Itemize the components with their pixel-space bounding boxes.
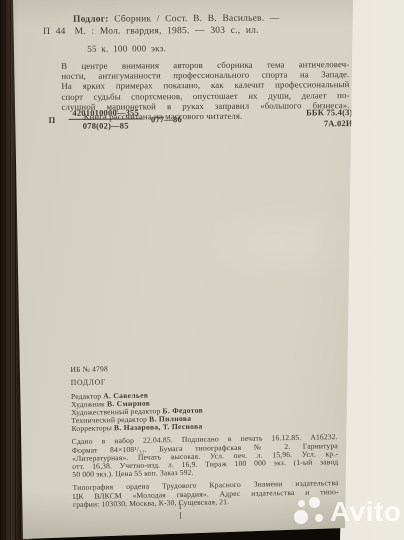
ib-number: ИБ № 4798 [70, 361, 336, 374]
page-number: 1 [178, 502, 182, 519]
index-spacer [182, 118, 306, 119]
imprint-page: Подлог: Сборник / Сост. В. В. Васильев. … [0, 0, 404, 540]
credit-name: В. Назарова, Т. Песнова [114, 422, 203, 433]
print-info: Сдано в набор 22.04.85. Подписано в печа… [72, 434, 339, 480]
catalog-card-line2: П 44М. : Мол. гвардия, 1985. — 303 с., и… [43, 25, 327, 38]
imprint-block: ИБ № 4798 ПОДЛОГ РедакторА. Савельев Худ… [70, 361, 339, 509]
catalog-index-prefix: П 44 [43, 26, 66, 36]
credit-role: Корректоры [71, 424, 112, 434]
index-fraction-numerator: 4201010000—355 [68, 107, 143, 119]
book-title-inline: Подлог: [73, 15, 109, 25]
avito-wordmark: Avito [330, 497, 401, 527]
book-page-photo: Подлог: Сборник / Сост. В. В. Васильев. … [0, 0, 404, 540]
index-fraction-denominator: 078(02)—85 [68, 119, 143, 130]
index-code: 077—86 [151, 114, 182, 124]
book-title-caps: ПОДЛОГ [71, 374, 337, 387]
index-fraction: 4201010000—355 078(02)—85 [68, 107, 143, 130]
catalog-card: Подлог: Сборник / Сост. В. В. Васильев. … [43, 13, 327, 38]
catalog-card-title-rest: Сборник / Сост. В. В. Васильев. — [114, 14, 279, 25]
index-letter: П [49, 114, 56, 124]
avito-watermark: Avito [294, 496, 401, 528]
credits-list: РедакторА. Савельев ХудожникВ. Смирнов Х… [71, 389, 338, 434]
bbk-line2: 7А.02И [306, 118, 353, 129]
price-line: 55 к. 100 000 экз. [87, 43, 166, 53]
publication-info: М. : Мол. гвардия, 1985. — 303 с., ил. [75, 25, 259, 36]
catalog-index-row: П 4201010000—355 078(02)—85 077—86 ББК 7… [49, 106, 353, 131]
bbk-code: ББК 75.4(3) 7А.02И [306, 107, 353, 128]
bbk-line1: ББК 75.4(3) [306, 107, 353, 118]
avito-logo-icon [294, 496, 325, 528]
